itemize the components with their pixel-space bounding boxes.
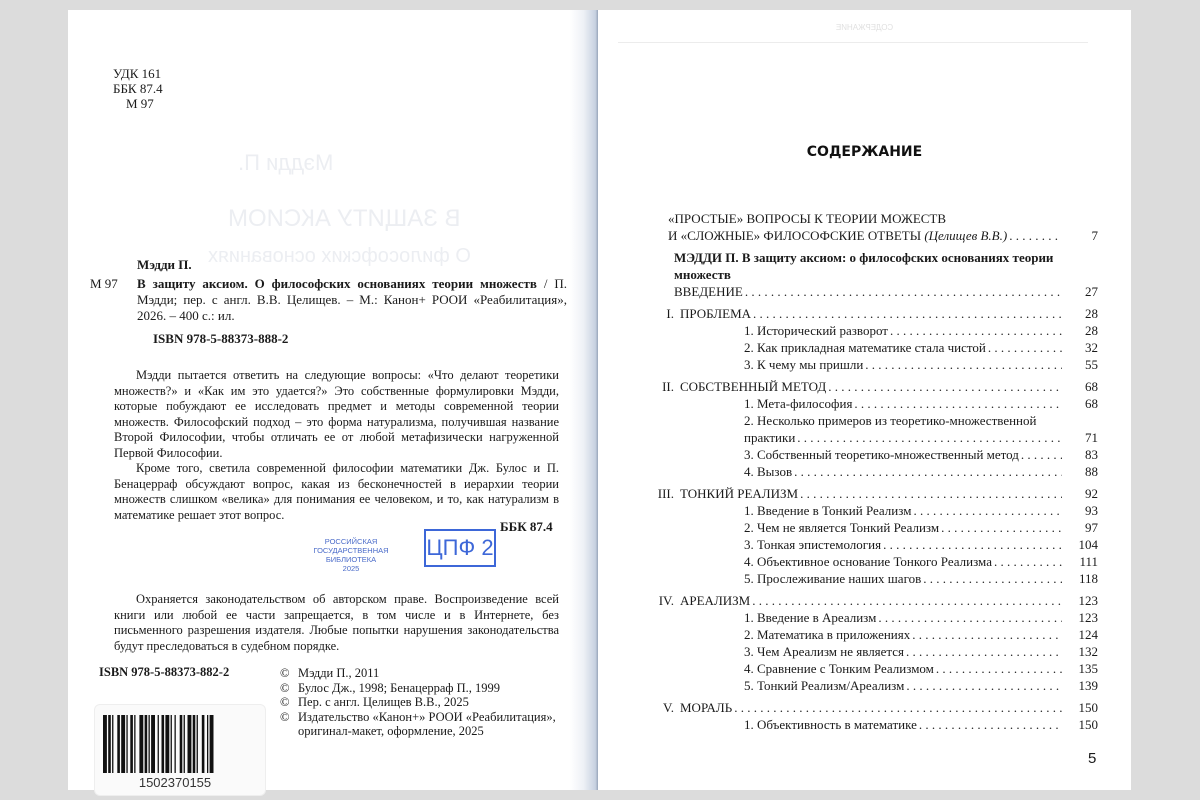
toc-section-entry[interactable]: 2. Как прикладная математике стала чисто… bbox=[648, 339, 1098, 356]
toc-page-number: 93 bbox=[1068, 502, 1098, 519]
toc-section-entry[interactable]: 5. Прослеживание наших шагов118 bbox=[648, 570, 1098, 587]
toc-leader-dots bbox=[919, 716, 1062, 733]
toc-title: СОДЕРЖАНИЕ bbox=[598, 144, 1131, 160]
copyright-icon: © bbox=[280, 710, 290, 725]
toc-chapter-entry[interactable]: V.МОРАЛЬ150 bbox=[648, 699, 1098, 716]
toc-entry-label: И «СЛОЖНЫЕ» ФИЛОСОФСКИЕ ОТВЕТЫ (Целищев … bbox=[668, 227, 1007, 244]
toc-page-number: 71 bbox=[1068, 429, 1098, 446]
toc-section-entry[interactable]: 1. Мета-философия68 bbox=[648, 395, 1098, 412]
toc-entry-label: 5. Прослеживание наших шагов bbox=[744, 570, 921, 587]
toc-page-number: 123 bbox=[1068, 609, 1098, 626]
toc-leader-dots bbox=[988, 339, 1062, 356]
catalog-title: В защиту аксиом. О философских основания… bbox=[137, 276, 537, 291]
toc-section-entry[interactable]: 1. Введение в Тонкий Реализм93 bbox=[648, 502, 1098, 519]
toc-leader-dots bbox=[994, 553, 1062, 570]
toc-chapter-title: ПРОБЛЕМА bbox=[680, 306, 751, 321]
toc-section-entry[interactable]: 4. Сравнение с Тонким Реализмом135 bbox=[648, 660, 1098, 677]
catalog-entry: В защиту аксиом. О философских основания… bbox=[137, 276, 567, 324]
toc-book-heading: МЭДДИ П. В защиту аксиом: о философских … bbox=[648, 249, 1054, 283]
toc-entry-text: И «СЛОЖНЫЕ» ФИЛОСОФСКИЕ ОТВЕТЫ bbox=[668, 228, 921, 243]
toc-entry-label: 1. Объективность в математике bbox=[744, 716, 917, 733]
toc-section-entry[interactable]: 3. Собственный теоретико-множественный м… bbox=[648, 446, 1098, 463]
toc-entry-label: II.СОБСТВЕННЫЙ МЕТОД bbox=[648, 378, 826, 395]
left-page: Мэдди П. В ЗАЩИТУ АКСИОМ О философских о… bbox=[68, 10, 590, 790]
isbn-top: ISBN 978-5-88373-888-2 bbox=[153, 331, 288, 347]
toc-entry-label: 4. Сравнение с Тонким Реализмом bbox=[744, 660, 934, 677]
toc-entry-label: 4. Вызов bbox=[744, 463, 792, 480]
toc-section-entry[interactable]: 1. Введение в Ареализм123 bbox=[648, 609, 1098, 626]
toc-chapter-title: СОБСТВЕННЫЙ МЕТОД bbox=[680, 379, 826, 394]
copyright-item: ©Булос Дж., 1998; Бенацерраф П., 1999 bbox=[280, 681, 598, 696]
toc-leader-dots bbox=[923, 570, 1062, 587]
toc-leader-dots bbox=[890, 322, 1062, 339]
catalog-code: М 97 bbox=[90, 276, 118, 292]
toc-chapter-numeral: V. bbox=[634, 699, 680, 716]
toc-leader-dots bbox=[912, 626, 1062, 643]
toc-entry-label: 2. Как прикладная математике стала чисто… bbox=[744, 339, 986, 356]
copyright-item: ©Пер. с англ. Целищев В.В., 2025 bbox=[280, 695, 598, 710]
toc-page-number: 124 bbox=[1068, 626, 1098, 643]
toc-chapter-title: ТОНКИЙ РЕАЛИЗМ bbox=[680, 486, 798, 501]
toc-leader-dots bbox=[828, 378, 1062, 395]
toc-entry-label: 2. Несколько примеров из теоретико-множе… bbox=[744, 412, 1036, 429]
bleed-through-rule bbox=[618, 42, 1088, 43]
toc-entry-label: I.ПРОБЛЕМА bbox=[648, 305, 751, 322]
book-gutter bbox=[570, 10, 600, 790]
toc-chapters: I.ПРОБЛЕМА281. Исторический разворот282.… bbox=[648, 305, 1098, 733]
toc-entry-label: 3. Чем Ареализм не является bbox=[744, 643, 904, 660]
toc-leader-dots bbox=[745, 283, 1062, 300]
toc-chapter-entry[interactable]: I.ПРОБЛЕМА28 bbox=[648, 305, 1098, 322]
library-stamp: РОССИЙСКАЯ ГОСУДАРСТВЕННАЯ БИБЛИОТЕКА 20… bbox=[296, 537, 406, 573]
toc-entry-label: 5. Тонкий Реализм/Ареализм bbox=[744, 677, 904, 694]
copyright-list: ©Мэдди П., 2011 ©Булос Дж., 1998; Бенаце… bbox=[280, 666, 598, 739]
annotation-paragraph: Кроме того, светила современной философи… bbox=[114, 461, 559, 523]
stamp-line: 2025 bbox=[296, 564, 406, 573]
toc-entry-label: 3. К чему мы пришли bbox=[744, 356, 863, 373]
toc-entry-intro[interactable]: И «СЛОЖНЫЕ» ФИЛОСОФСКИЕ ОТВЕТЫ (Целищев … bbox=[648, 227, 1098, 244]
toc-section-entry[interactable]: 5. Тонкий Реализм/Ареализм139 bbox=[648, 677, 1098, 694]
toc-page-number: 139 bbox=[1068, 677, 1098, 694]
author-mark: М 97 bbox=[113, 96, 163, 111]
annotation-paragraph: Мэдди пытается ответить на следующие воп… bbox=[114, 368, 559, 461]
copyright-text: Издательство «Канон+» РООИ «Реабилитация… bbox=[298, 710, 556, 739]
toc-entry-label: 3. Тонкая эпистемология bbox=[744, 536, 881, 553]
toc-page-number: 28 bbox=[1068, 322, 1098, 339]
toc-chapter-numeral: I. bbox=[634, 305, 680, 322]
toc-entry-label: 3. Собственный теоретико-множественный м… bbox=[744, 446, 1019, 463]
toc-leader-dots bbox=[797, 429, 1062, 446]
isbn-bottom: ISBN 978-5-88373-882-2 bbox=[99, 665, 229, 680]
classification-codes: УДК 161 ББК 87.4 М 97 bbox=[113, 66, 163, 111]
toc-page-number: 32 bbox=[1068, 339, 1098, 356]
bleed-through-subtitle: О философских основаниях bbox=[208, 245, 471, 268]
toc-section-entry[interactable]: 3. Чем Ареализм не является132 bbox=[648, 643, 1098, 660]
toc-page-number: 68 bbox=[1068, 378, 1098, 395]
toc-leader-dots bbox=[906, 677, 1062, 694]
toc-page-number: 55 bbox=[1068, 356, 1098, 373]
copyright-icon: © bbox=[280, 681, 290, 696]
toc-leader-dots bbox=[854, 395, 1062, 412]
toc-page-number: 27 bbox=[1068, 283, 1098, 300]
toc-section-entry[interactable]: 1. Исторический разворот28 bbox=[648, 322, 1098, 339]
cpf-stamp: ЦПФ 2 bbox=[424, 529, 496, 567]
toc-leader-dots bbox=[936, 660, 1062, 677]
toc-page-number: 88 bbox=[1068, 463, 1098, 480]
toc-entry-author: (Целищев В.В.) bbox=[924, 228, 1007, 243]
toc-entry-intro-line1[interactable]: «ПРОСТЫЕ» ВОПРОСЫ К ТЕОРИИ МОЖЕСТВ bbox=[648, 210, 1098, 227]
toc-leader-dots bbox=[913, 502, 1062, 519]
toc-leader-dots bbox=[883, 536, 1062, 553]
copyright-notice: Охраняется законодательством об авторско… bbox=[114, 592, 559, 654]
toc-section-entry[interactable]: 3. Тонкая эпистемология104 bbox=[648, 536, 1098, 553]
toc-page-number: 7 bbox=[1068, 227, 1098, 244]
toc-leader-dots bbox=[734, 699, 1062, 716]
bleed-through-title: В ЗАЩИТУ АКСИОМ bbox=[228, 205, 460, 233]
toc-leader-dots bbox=[752, 592, 1062, 609]
barcode-number: 1502370155 bbox=[95, 775, 255, 790]
toc-chapter-numeral: IV. bbox=[634, 592, 680, 609]
toc-page-number: 83 bbox=[1068, 446, 1098, 463]
stamp-line: БИБЛИОТЕКА bbox=[296, 555, 406, 564]
bleed-through-running-head: СОДЕРЖАНИЕ bbox=[598, 23, 1131, 32]
stamp-line: РОССИЙСКАЯ bbox=[296, 537, 406, 546]
toc-leader-dots bbox=[865, 356, 1062, 373]
toc-leader-dots bbox=[800, 485, 1062, 502]
copyright-icon: © bbox=[280, 666, 290, 681]
toc-entry-label: IV.АРЕАЛИЗМ bbox=[648, 592, 750, 609]
toc-leader-dots bbox=[794, 463, 1062, 480]
toc-leader-dots bbox=[1021, 446, 1062, 463]
toc-section-entry-continuation[interactable]: практики71 bbox=[648, 429, 1098, 446]
right-page: СОДЕРЖАНИЕ СОДЕРЖАНИЕ «ПРОСТЫЕ» ВОПРОСЫ … bbox=[598, 10, 1131, 790]
toc-page-number: 123 bbox=[1068, 592, 1098, 609]
toc-chapter-numeral: II. bbox=[634, 378, 680, 395]
toc-entry-label: III.ТОНКИЙ РЕАЛИЗМ bbox=[648, 485, 798, 502]
toc-page-number: 28 bbox=[1068, 305, 1098, 322]
toc-entry-label: 4. Объективное основание Тонкого Реализм… bbox=[744, 553, 992, 570]
toc-chapter-entry[interactable]: II.СОБСТВЕННЫЙ МЕТОД68 bbox=[648, 378, 1098, 395]
udk-code: УДК 161 bbox=[113, 66, 163, 81]
bbk-bottom: ББК 87.4 bbox=[500, 519, 553, 535]
toc-entry-label: 2. Математика в приложениях bbox=[744, 626, 910, 643]
toc-page-number: 150 bbox=[1068, 699, 1098, 716]
barcode-sticker: 1502370155 bbox=[94, 704, 266, 796]
toc-section-entry[interactable]: 2. Чем не является Тонкий Реализм97 bbox=[648, 519, 1098, 536]
toc-page-number: 92 bbox=[1068, 485, 1098, 502]
toc-chapter-entry[interactable]: IV.АРЕАЛИЗМ123 bbox=[648, 592, 1098, 609]
toc-leader-dots bbox=[906, 643, 1062, 660]
page-number: 5 bbox=[1088, 750, 1096, 767]
toc-section-entry[interactable]: 4. Объективное основание Тонкого Реализм… bbox=[648, 553, 1098, 570]
catalog-author: Мэдди П. bbox=[137, 257, 192, 273]
toc-page-number: 135 bbox=[1068, 660, 1098, 677]
toc-chapter-title: АРЕАЛИЗМ bbox=[680, 593, 750, 608]
toc-page-number: 150 bbox=[1068, 716, 1098, 733]
toc-leader-dots bbox=[753, 305, 1062, 322]
toc-entry-label: 1. Введение в Тонкий Реализм bbox=[744, 502, 911, 519]
copyright-item: ©Издательство «Канон+» РООИ «Реабилитаци… bbox=[280, 710, 598, 739]
toc-chapter-numeral: III. bbox=[634, 485, 680, 502]
copyright-notice-text: Охраняется законодательством об авторско… bbox=[114, 592, 559, 654]
toc-entry-label: 1. Исторический разворот bbox=[744, 322, 888, 339]
copyright-icon: © bbox=[280, 695, 290, 710]
toc-section-entry[interactable]: 1. Объективность в математике150 bbox=[648, 716, 1098, 733]
toc-leader-dots bbox=[878, 609, 1062, 626]
toc-entry-introduction[interactable]: ВВЕДЕНИЕ 27 bbox=[648, 283, 1098, 300]
toc-leader-dots bbox=[941, 519, 1062, 536]
copyright-text: Пер. с англ. Целищев В.В., 2025 bbox=[298, 695, 469, 709]
annotation: Мэдди пытается ответить на следующие воп… bbox=[114, 368, 559, 523]
toc-page-number: 104 bbox=[1068, 536, 1098, 553]
toc-entry-label: 2. Чем не является Тонкий Реализм bbox=[744, 519, 939, 536]
toc-entry-label: «ПРОСТЫЕ» ВОПРОСЫ К ТЕОРИИ МОЖЕСТВ bbox=[668, 210, 946, 227]
toc-entry-label: ВВЕДЕНИЕ bbox=[674, 283, 743, 300]
copyright-item: ©Мэдди П., 2011 bbox=[280, 666, 598, 681]
copyright-text: Мэдди П., 2011 bbox=[298, 666, 379, 680]
toc-section-entry[interactable]: 2. Несколько примеров из теоретико-множе… bbox=[648, 412, 1098, 429]
toc-leader-dots bbox=[1009, 227, 1062, 244]
copyright-text: Булос Дж., 1998; Бенацерраф П., 1999 bbox=[298, 681, 500, 695]
toc-page-number: 111 bbox=[1068, 553, 1098, 570]
toc-chapter-title: МОРАЛЬ bbox=[680, 700, 732, 715]
barcode-icon bbox=[103, 715, 267, 773]
toc-section-entry[interactable]: 2. Математика в приложениях124 bbox=[648, 626, 1098, 643]
toc-chapter-entry[interactable]: III.ТОНКИЙ РЕАЛИЗМ92 bbox=[648, 485, 1098, 502]
toc-entry-label: V.МОРАЛЬ bbox=[648, 699, 732, 716]
toc-entry-label: 1. Введение в Ареализм bbox=[744, 609, 876, 626]
toc-section-entry[interactable]: 4. Вызов88 bbox=[648, 463, 1098, 480]
toc-page-number: 97 bbox=[1068, 519, 1098, 536]
stamp-line: ГОСУДАРСТВЕННАЯ bbox=[296, 546, 406, 555]
bleed-through-author: Мэдди П. bbox=[238, 150, 333, 176]
bbk-code: ББК 87.4 bbox=[113, 81, 163, 96]
toc-page-number: 118 bbox=[1068, 570, 1098, 587]
toc-section-entry[interactable]: 3. К чему мы пришли55 bbox=[648, 356, 1098, 373]
toc-entry-label: практики bbox=[744, 429, 795, 446]
toc-entry-label: 1. Мета-философия bbox=[744, 395, 852, 412]
toc-page-number: 132 bbox=[1068, 643, 1098, 660]
table-of-contents: «ПРОСТЫЕ» ВОПРОСЫ К ТЕОРИИ МОЖЕСТВ И «СЛ… bbox=[648, 210, 1098, 733]
toc-page-number: 68 bbox=[1068, 395, 1098, 412]
